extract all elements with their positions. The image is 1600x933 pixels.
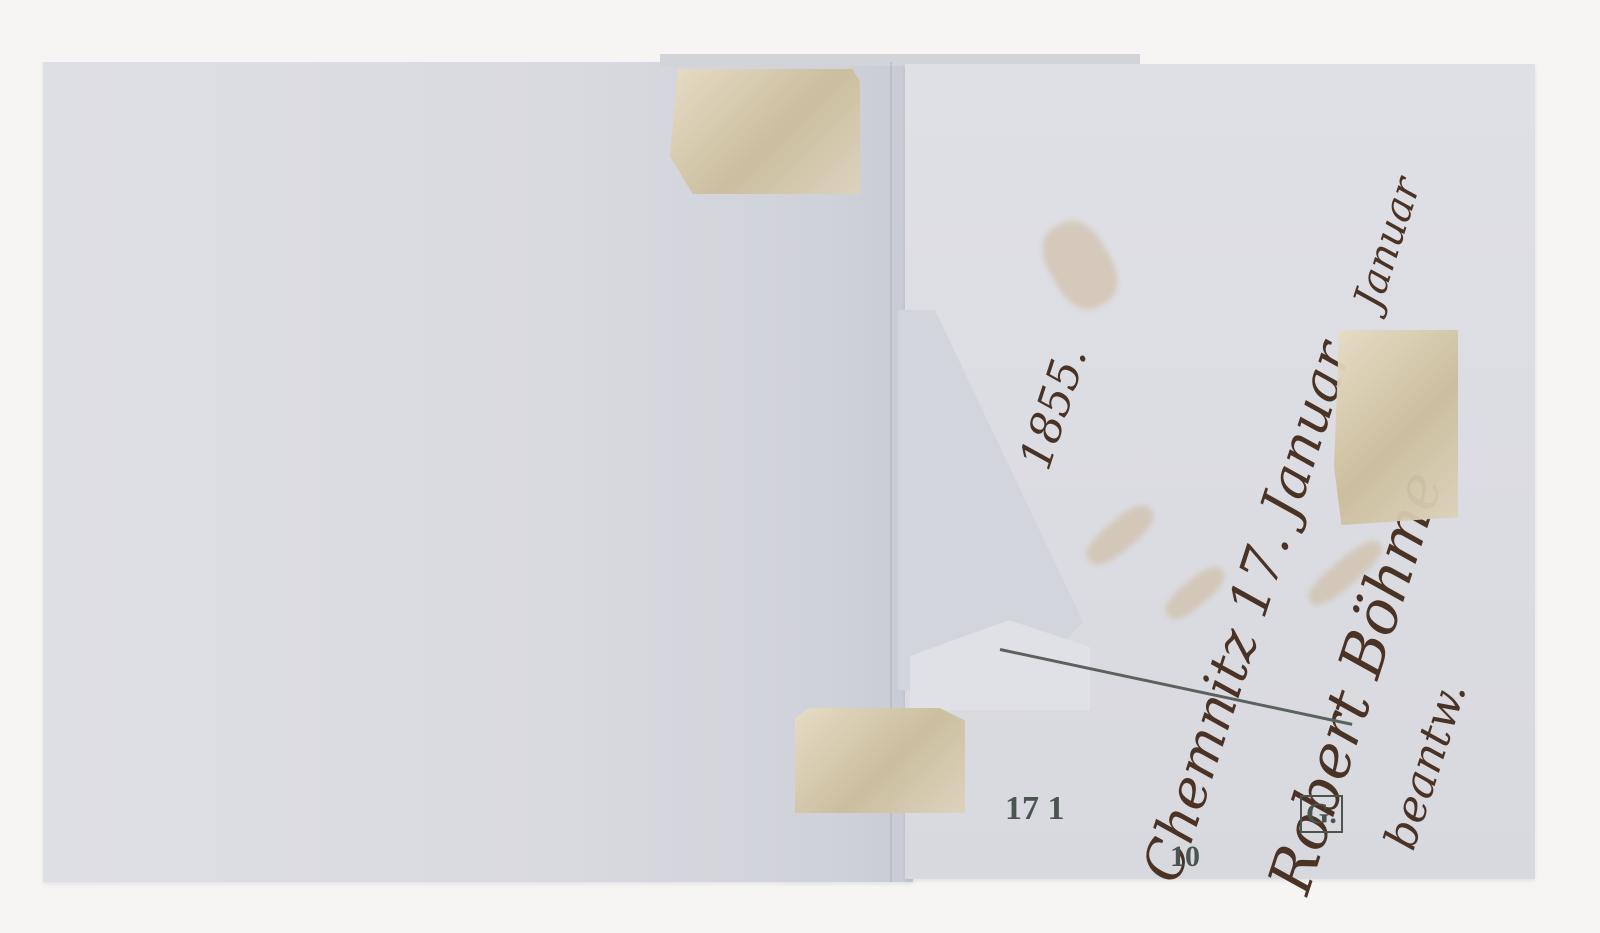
postmark-box: G. bbox=[1300, 795, 1343, 833]
paper-hinge-bottom bbox=[795, 708, 965, 813]
paper-hinge-top bbox=[670, 69, 860, 194]
postmark-digits: 10 bbox=[1170, 840, 1200, 874]
postmark-date: 17 1 bbox=[1005, 790, 1065, 828]
paper-hinge-right bbox=[1334, 330, 1458, 525]
